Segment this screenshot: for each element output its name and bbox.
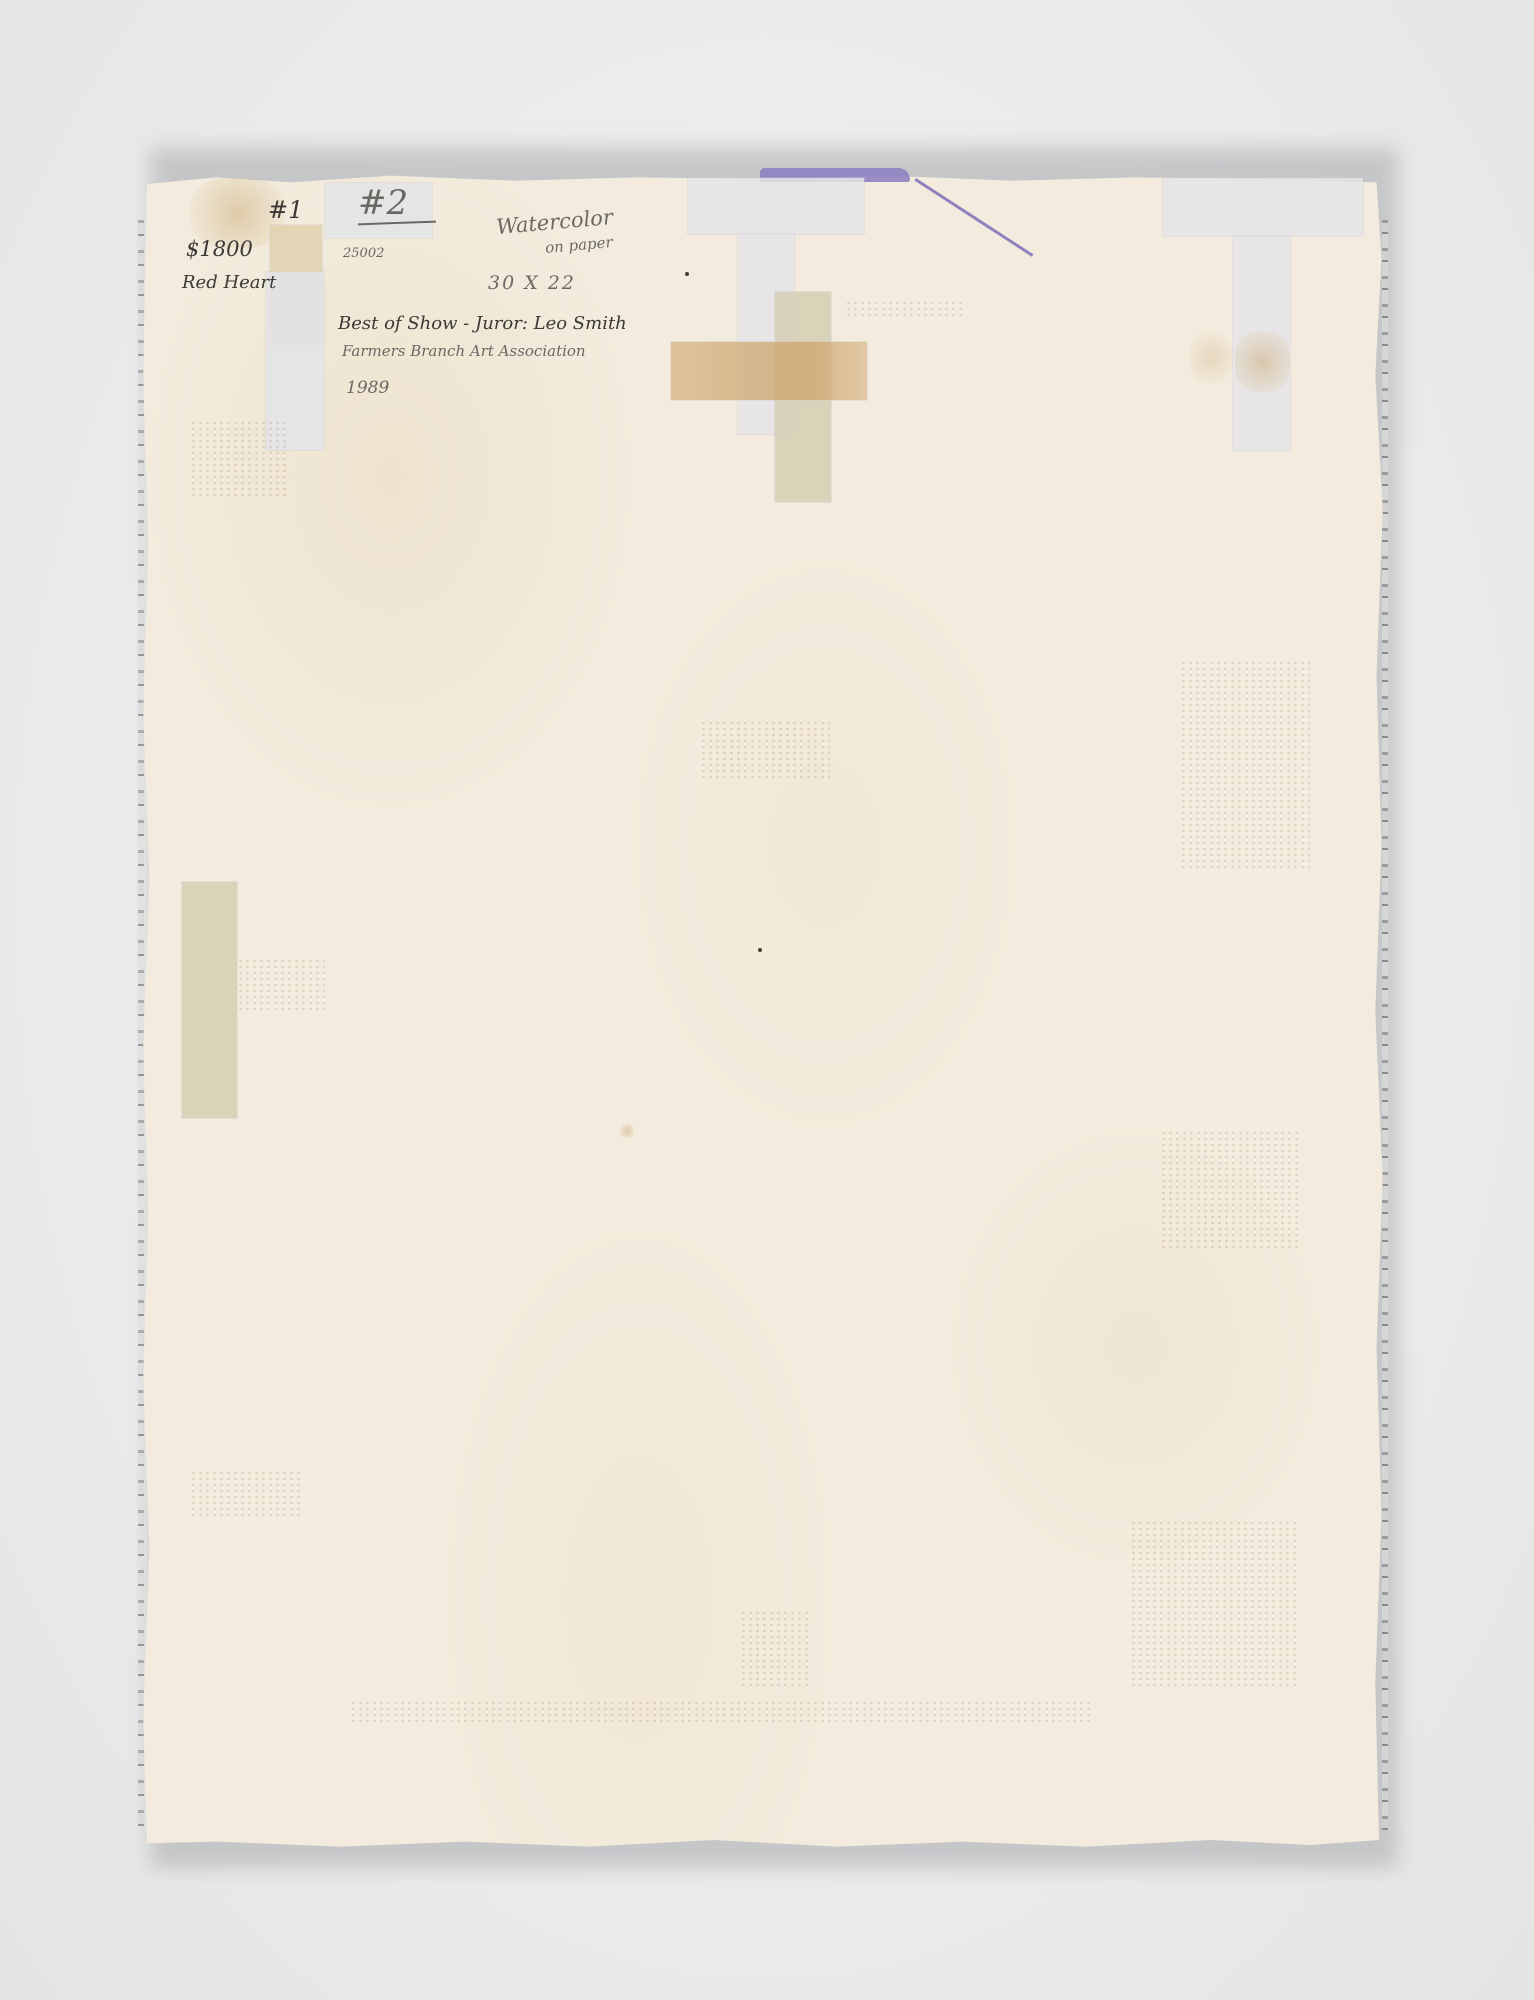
speckle-stain xyxy=(1130,1520,1300,1690)
spot xyxy=(685,272,689,276)
annotation-code: 25002 xyxy=(343,246,384,261)
annotation-dimensions: 30 X 22 xyxy=(488,272,576,294)
speckle-stain xyxy=(237,958,325,1010)
deckle-edge-right xyxy=(1382,220,1388,1830)
tape-top-center-horizontal xyxy=(688,178,864,234)
annotation-price: $1800 xyxy=(186,237,253,261)
speckle-stain xyxy=(1180,660,1310,870)
tape-residue-stain xyxy=(1190,332,1232,384)
deckle-edge-left xyxy=(138,220,144,1840)
annotation-year: 1989 xyxy=(346,378,389,398)
yellow-spot xyxy=(620,1124,634,1138)
speckle-stain xyxy=(740,1610,810,1690)
annotation-number-2: #2 xyxy=(358,183,408,223)
annotation-number-1: #1 xyxy=(268,196,303,224)
speckle-stain-bottom xyxy=(350,1700,1090,1722)
annotation-award: Best of Show - Juror: Leo Smith xyxy=(338,313,627,334)
speckle-stain xyxy=(1160,1130,1300,1250)
speckle-stain xyxy=(845,300,965,318)
speckle-stain xyxy=(190,1470,300,1520)
tape-top-right-horizontal xyxy=(1163,178,1363,236)
annotation-organization: Farmers Branch Art Association xyxy=(342,342,586,360)
tape-residue-stain xyxy=(1235,332,1290,392)
masking-tape-horizontal xyxy=(671,342,867,400)
masking-tape-left xyxy=(182,882,237,1118)
spot xyxy=(758,948,762,952)
speckle-stain xyxy=(700,720,830,780)
annotation-title: Red Heart xyxy=(182,272,276,293)
speckle-stain xyxy=(190,420,290,500)
